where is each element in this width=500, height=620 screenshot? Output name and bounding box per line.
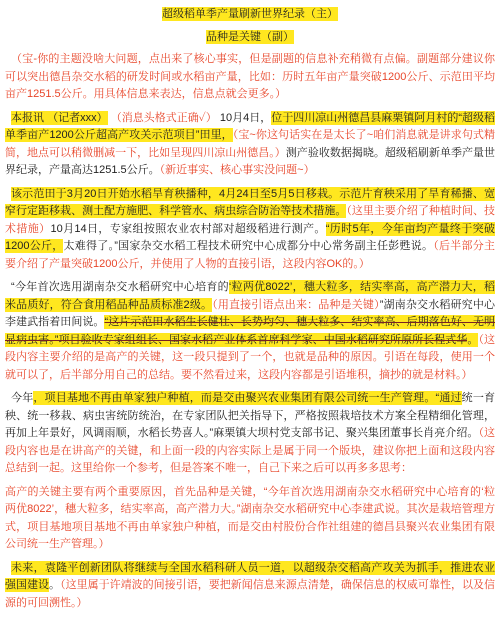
body-text: “今年首次选用湖南杂交水稻研究中心培育的 xyxy=(11,281,229,293)
body-text: 10月14日，专家组按照农业农村部对超级稻进行测产。 xyxy=(50,223,325,235)
lead-paragraph: 本报讯 （记者xxx） （消息头格式正确✓） 10月4日，位于四川凉山州德昌县麻… xyxy=(5,110,495,180)
highlighted-text: 超级稻单季产量刷新世界纪录（主） xyxy=(162,7,338,21)
reviewer-comment: （消息头格式正确✓） xyxy=(108,112,220,124)
reviewer-comment: （新近事实、核心事实没问题~） xyxy=(160,164,315,176)
future-paragraph: 未来，袁隆平创新团队将继续与全国水稻科研人员一道，以超级杂交稻高产攻关为抓手，推… xyxy=(5,560,495,613)
technique-paragraph: 该示范田于3月20日开始水稻旱育秧播种，4月24日至5月5日移栽。示范片育秧采用… xyxy=(5,186,495,274)
reference-paragraph: 高产的关键主要有两个重要原因，首先品种是关键，“今年首次选用湖南杂交水稻研究中心… xyxy=(5,484,495,554)
reviewer-comment: （用直接引语点出来：品种是关键） xyxy=(212,299,380,311)
reviewer-comment: （宝-你的主题没啥大问题，点出来了核心事实，但是副题的信息补充稍微有点偏。副题部… xyxy=(5,53,495,100)
highlighted-text: 本报讯 （记者xxx） xyxy=(11,111,108,125)
body-text: 太难得了。”国家杂交水稻工程技术研究中心成都分中心常务副主任彭甦说。 xyxy=(63,240,433,252)
subhead: 品种是关键（副） xyxy=(5,29,495,47)
body-text: 。 xyxy=(49,579,60,591)
body-text: 10月4日， xyxy=(220,112,271,124)
reviewer-comment: （这里属于许靖波的间接引语，要把新闻信息来源点清楚，确保信息的权威可靠性，以及信… xyxy=(5,579,495,609)
body-text: 今年 xyxy=(11,392,33,404)
headline: 超级稻单季产量刷新世界纪录（主） xyxy=(5,6,495,24)
highlighted-text: 。 xyxy=(467,333,478,347)
headline-comment: （宝-你的主题没啥大问题，点出来了核心事实，但是副题的信息补充稍微有点偏。副题部… xyxy=(5,51,495,104)
management-paragraph: 今年，项目基地不再由单家独户种植，而是交由聚兴农业集团有限公司统一生产管理。“通… xyxy=(5,390,495,478)
highlighted-text: ，项目基地不再由单家独户种植，而是交由聚兴农业集团有限公司统一生产管理。“通过 xyxy=(33,391,461,405)
document-page: 超级稻单季产量刷新世界纪录（主）品种是关键（副）（宝-你的主题没啥大问题，点出来… xyxy=(0,0,500,620)
document-body: 超级稻单季产量刷新世界纪录（主）品种是关键（副）（宝-你的主题没啥大问题，点出来… xyxy=(5,6,495,612)
variety-paragraph: “今年首次选用湖南杂交水稻研究中心培育的‘粒两优8022’，穗大粒多，结实率高，… xyxy=(5,279,495,384)
reviewer-comment: 高产的关键主要有两个重要原因，首先品种是关键，“今年首次选用湖南杂交水稻研究中心… xyxy=(5,486,495,551)
highlighted-text: 品种是关键（副） xyxy=(206,30,294,44)
